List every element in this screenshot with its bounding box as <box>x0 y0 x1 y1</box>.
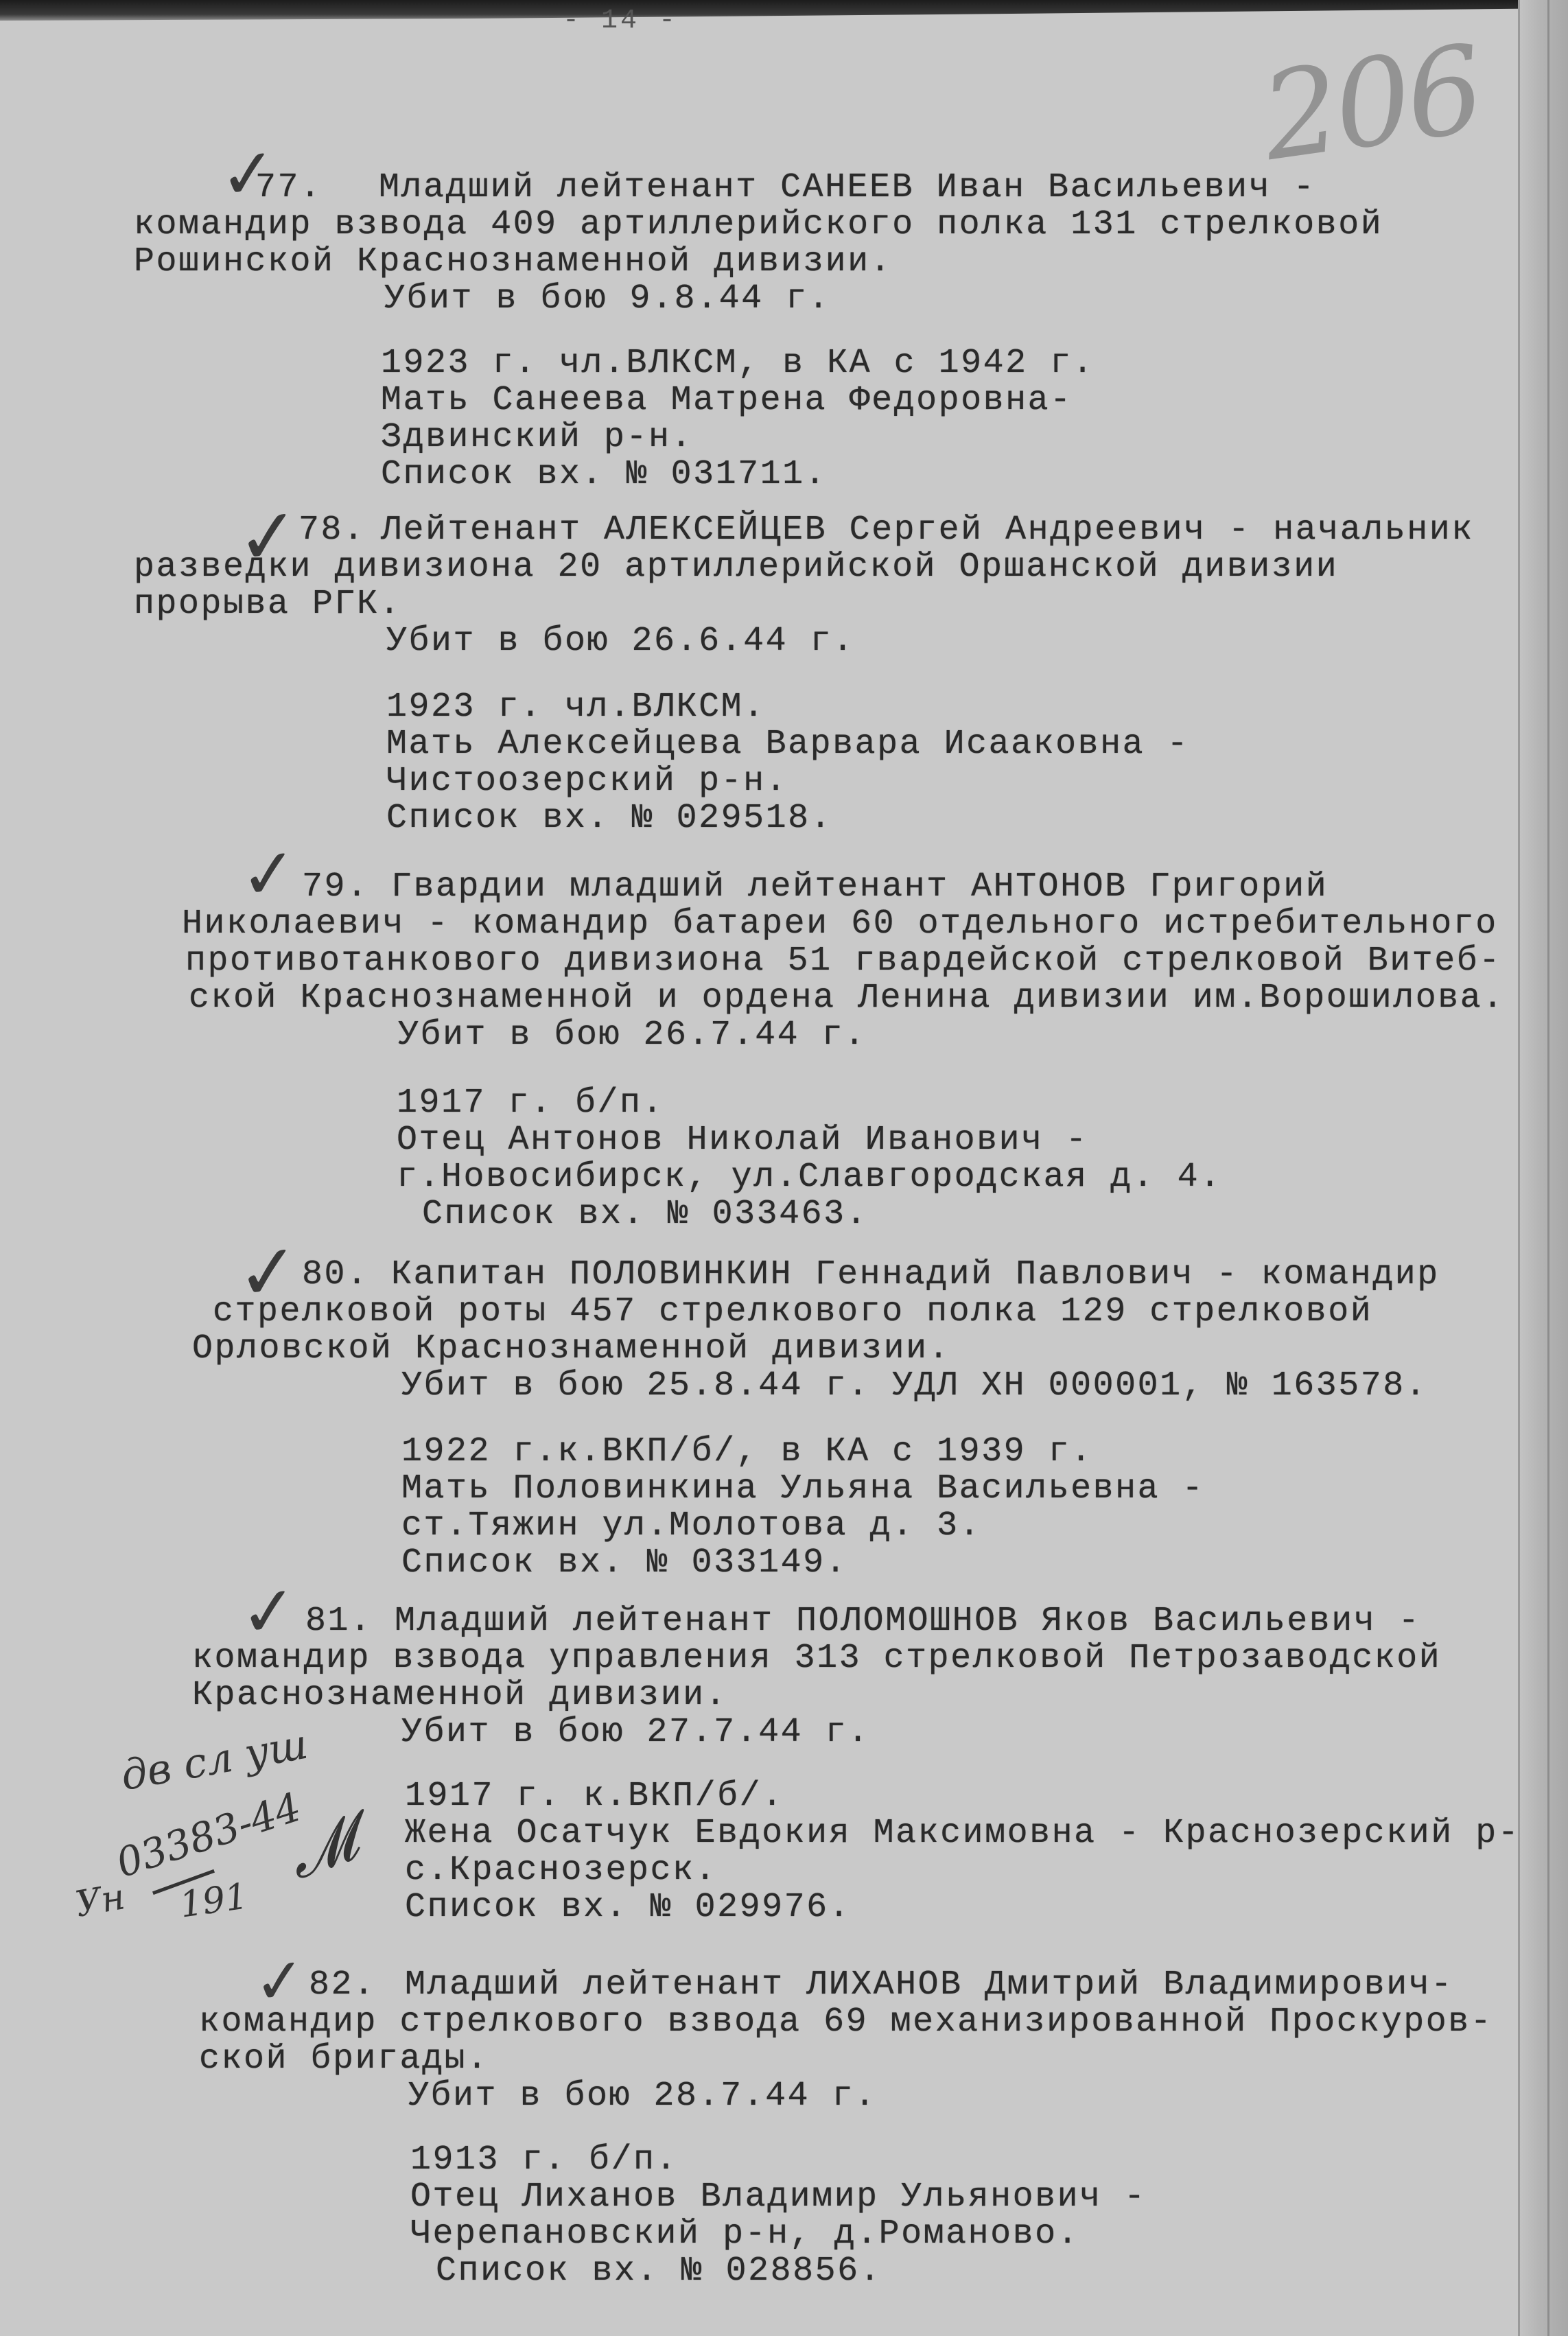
detail-line: Список вх. № 033463. <box>422 1195 868 1234</box>
detail-line: Мать Половинкина Ульяна Васильевна - <box>401 1470 1204 1508</box>
entry-line: Краснознаменной дивизии. <box>192 1677 727 1715</box>
entry-number: 77. <box>255 169 323 207</box>
detail-line: 1922 г.к.ВКП/б/, в КА с 1939 г. <box>401 1433 1093 1471</box>
entry-line: командир взвода управления 313 стрелково… <box>192 1639 1441 1678</box>
entry-line: разведки дивизиона 20 артиллерийской Орш… <box>134 548 1338 587</box>
entry-line: Лейтенант АЛЕКСЕЙЦЕВ Сергей Андреевич - … <box>381 511 1474 550</box>
entry-line: Младший лейтенант ПОЛОМОШНОВ Яков Василь… <box>395 1602 1420 1641</box>
detail-line: Мать Санеева Матрена Федоровна- <box>381 382 1073 420</box>
detail-line: Чистоозерский р-н. <box>386 762 788 801</box>
detail-line: 1913 г. б/п. <box>410 2141 678 2180</box>
detail-line: Здвинский р-н. <box>381 419 693 457</box>
detail-line: г.Новосибирск, ул.Славгородская д. 4. <box>397 1158 1222 1197</box>
detail-line: 1917 г. к.ВКП/б/. <box>405 1777 784 1816</box>
typed-page-number: - 14 - <box>563 5 678 36</box>
entry-number: 80. <box>302 1256 369 1294</box>
detail-line: Список вх. № 033149. <box>401 1544 847 1582</box>
killed-line: Убит в бою 26.7.44 г. <box>398 1016 867 1055</box>
handwritten-page-number: 206 <box>1254 20 1488 188</box>
entry-number: 82. <box>309 1966 376 2005</box>
detail-line: с.Краснозерск. <box>405 1852 717 1890</box>
killed-line: Убит в бою 26.6.44 г. <box>386 622 855 661</box>
entry-line: Рошинской Краснознаменной дивизии. <box>134 243 892 281</box>
detail-line: Список вх. № 028856. <box>436 2252 882 2291</box>
margin-note-label: Ун <box>72 1876 128 1926</box>
entry-line: ской Краснознаменной и ордена Ленина див… <box>189 979 1505 1018</box>
detail-line: Мать Алексейцева Варвара Исааковна - <box>386 725 1189 764</box>
detail-line: 1923 г. чл.ВЛКСМ, в КА с 1942 г. <box>381 344 1095 383</box>
scan-right-edge <box>1518 0 1568 2336</box>
entry-number: 79. <box>302 868 369 907</box>
detail-line: Жена Осатчук Евдокия Максимовна - Красно… <box>405 1814 1520 1853</box>
killed-line: Убит в бою 27.7.44 г. <box>401 1714 870 1752</box>
margin-note-fraction: 191 <box>177 1876 250 1926</box>
entry-line: прорыва РГК. <box>134 585 401 624</box>
entry-line: стрелковой роты 457 стрелкового полка 12… <box>213 1293 1372 1331</box>
entry-line: противотанкового дивизиона 51 гвардейско… <box>185 942 1501 981</box>
entry-line: ской бригады. <box>199 2040 489 2079</box>
killed-line: Убит в бою 9.8.44 г. <box>384 280 830 318</box>
entry-number: 78. <box>299 511 366 550</box>
killed-line: Убит в бою 25.8.44 г. УДЛ ХН 000001, № 1… <box>401 1367 1427 1405</box>
killed-line: Убит в бою 28.7.44 г. <box>408 2077 877 2116</box>
entry-line: командир стрелкового взвода 69 механизир… <box>199 2003 1493 2042</box>
detail-line: Список вх. № 029976. <box>405 1889 851 1927</box>
scan-top-edge <box>0 0 1568 21</box>
detail-line: 1917 г. б/п. <box>397 1084 664 1123</box>
detail-line: Список вх. № 029518. <box>386 799 832 838</box>
entry-line: Капитан ПОЛОВИНКИН Геннадий Павлович - к… <box>391 1256 1440 1294</box>
checkmark-icon: ✓ <box>237 832 301 916</box>
entry-line: Младший лейтенант САНЕЕВ Иван Васильевич… <box>379 169 1315 207</box>
detail-line: Список вх. № 031711. <box>381 456 827 494</box>
detail-line: Отец Антонов Николай Иванович - <box>397 1121 1088 1160</box>
entry-line: Николаевич - командир батареи 60 отдельн… <box>182 905 1498 944</box>
entry-number: 81. <box>305 1602 373 1641</box>
entry-line: Орловской Краснознаменной дивизии. <box>192 1330 950 1368</box>
detail-line: 1923 г. чл.ВЛКСМ. <box>386 688 766 727</box>
detail-line: ст.Тяжин ул.Молотова д. 3. <box>401 1507 981 1545</box>
entry-line: Младший лейтенант ЛИХАНОВ Дмитрий Владим… <box>405 1966 1453 2005</box>
detail-line: Черепановский р-н, д.Романово. <box>410 2215 1079 2254</box>
entry-line: командир взвода 409 артиллерийского полк… <box>134 206 1383 244</box>
entry-line: Гвардии младший лейтенант АНТОНОВ Григор… <box>391 868 1328 907</box>
detail-line: Отец Лиханов Владимир Ульянович - <box>410 2178 1147 2217</box>
